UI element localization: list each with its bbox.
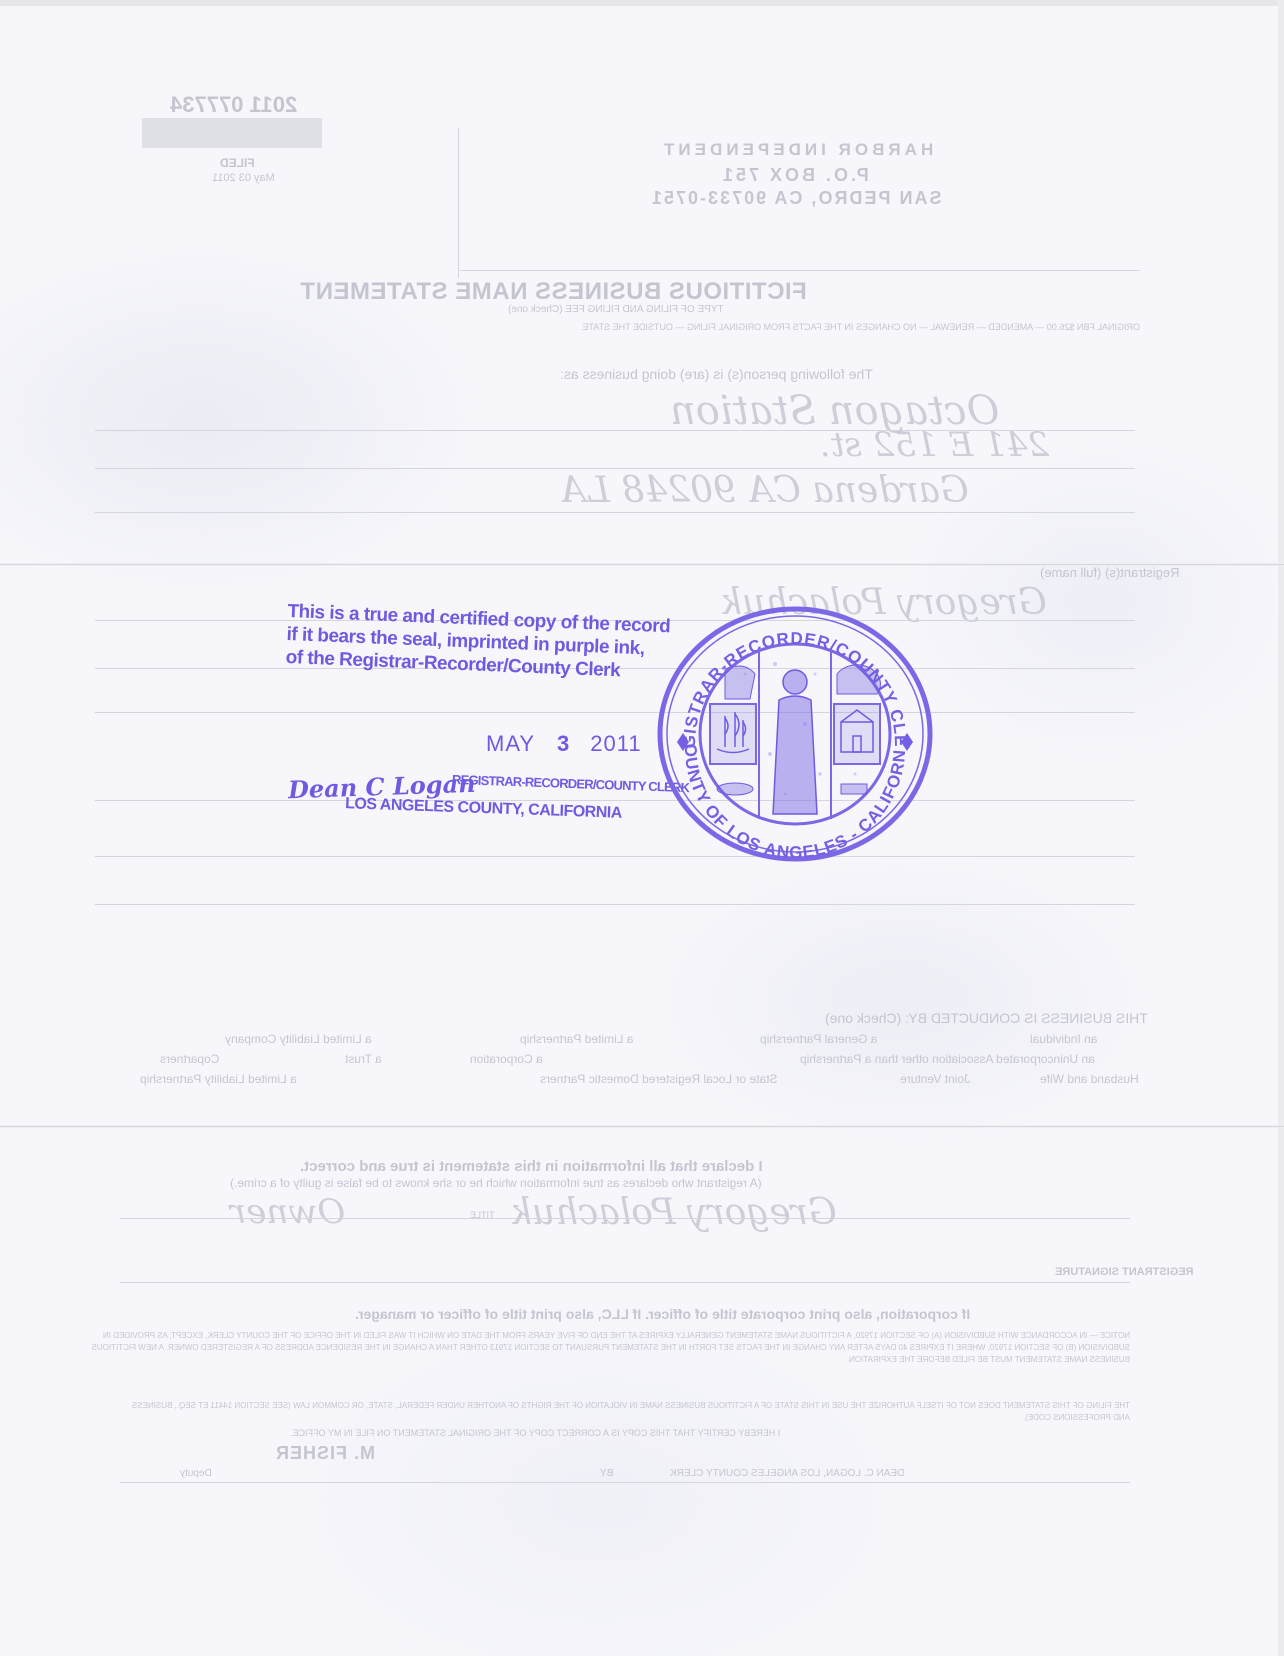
- stamp-date-day: 3: [557, 731, 570, 756]
- bleed-rule: [95, 856, 1135, 857]
- paper-fold-crease: [0, 1125, 1284, 1128]
- bleed-rule: [120, 1218, 1130, 1219]
- bleed-rule: [95, 712, 1135, 713]
- stamp-date: MAY32011: [486, 731, 642, 757]
- bleed-by-label: BY: [600, 1468, 613, 1479]
- bleed-deputy: M. FISHER: [275, 1443, 375, 1464]
- bleed-opt-1: a General Partnership: [760, 1032, 877, 1046]
- bleed-fine-print-2: THE FILING OF THIS STATEMENT DOES NOT OF…: [120, 1400, 1130, 1424]
- bleed-filing-number: 2011 077734: [170, 92, 297, 118]
- bleed-opt-3: a Limited Liability Company: [225, 1032, 372, 1046]
- bleed-opt-5: a Corporation: [470, 1052, 543, 1066]
- stamp-date-year: 2011: [590, 731, 641, 756]
- bleed-conducted-label: THIS BUSINESS IS CONDUCTED BY: (Check on…: [825, 1010, 1148, 1026]
- paper-fold-crease: [0, 563, 1284, 566]
- bleed-registrant-label: Registrant(s) (full name): [1040, 565, 1179, 580]
- scan-edge-top: [0, 0, 1284, 6]
- bleed-opt-2: a Limited Partnership: [520, 1032, 633, 1046]
- bleed-rule: [95, 512, 1135, 513]
- bleed-declaration-note: (A registrant who declares as true infor…: [230, 1176, 762, 1190]
- bleed-filed-label: FILED: [220, 156, 255, 170]
- bleed-publisher-1: HARBOR INDEPENDENT: [660, 140, 933, 160]
- bleed-signer-name: Gregory Polachuk: [510, 1192, 837, 1233]
- bleed-city: Gardena CA 90248 LA: [560, 470, 969, 511]
- bleed-opt-10: State or Local Registered Domestic Partn…: [540, 1072, 777, 1086]
- bleed-filing-options: ORIGINAL FBN $26.00 — AMENDED — RENEWAL …: [100, 322, 1140, 332]
- bleed-fine-print: NOTICE — IN ACCORDANCE WITH SUBDIVISION …: [90, 1330, 1130, 1366]
- bleed-opt-7: Copartners: [160, 1052, 219, 1066]
- bleed-rule: [120, 1482, 1130, 1483]
- bleed-signer-title: Owner: [230, 1192, 345, 1232]
- bleed-clerk-label: DEAN C. LOGAN, LOS ANGELES COUNTY CLERK: [670, 1468, 904, 1479]
- bleed-opt-11: a Limited Liability Partnership: [140, 1072, 297, 1086]
- scan-edge-right: [1278, 0, 1284, 1656]
- bleed-rule: [95, 800, 1135, 801]
- bleed-title: FICTITIOUS BUSINESS NAME STATEMENT: [300, 278, 807, 306]
- bleed-opt-8: Husband and Wife: [1040, 1072, 1139, 1086]
- bleed-opt-4: an Unincorporated Association other than…: [800, 1052, 1095, 1066]
- bleed-publisher-2: P.O. BOX 751: [720, 165, 869, 186]
- bleed-subtitle: TYPE OF FILING AND FILING FEE (Check one…: [508, 304, 724, 315]
- bleed-opt-6: a Trust: [345, 1052, 382, 1066]
- bleed-address: 241 E 152 st.: [820, 425, 1049, 465]
- bleed-rule: [120, 1282, 1130, 1283]
- bleed-filed-date: May 03 2011: [212, 172, 275, 184]
- bleed-divider: [458, 128, 459, 278]
- county-seal-icon: REGISTRAR-RECORDER/COUNTY CLERK COUNTY O…: [655, 604, 935, 864]
- bleed-opt-0: an Individual: [1030, 1032, 1097, 1046]
- bleed-rule: [460, 270, 1140, 271]
- bleed-declaration: I declare that all information in this s…: [300, 1158, 763, 1175]
- bleed-rule: [95, 904, 1135, 905]
- bleed-corp-note: If corporation, also print corporate tit…: [355, 1306, 970, 1322]
- bleed-intro: The following person(s) is (are) doing b…: [560, 366, 873, 382]
- bleed-opt-9: Joint Venture: [900, 1072, 970, 1086]
- stamp-date-month: MAY: [486, 731, 535, 756]
- bleed-signer-label: REGISTRANT SIGNATURE: [1055, 1266, 1194, 1278]
- bleed-certification: I HEREBY CERTIFY THAT THIS COPY IS A COR…: [290, 1428, 780, 1438]
- bleed-publisher-3: SAN PEDRO, CA 90733-0751: [650, 188, 941, 209]
- bleed-barcode: [142, 118, 322, 148]
- bleed-rule: [95, 468, 1135, 469]
- bleed-deputy-label: Deputy: [180, 1468, 212, 1479]
